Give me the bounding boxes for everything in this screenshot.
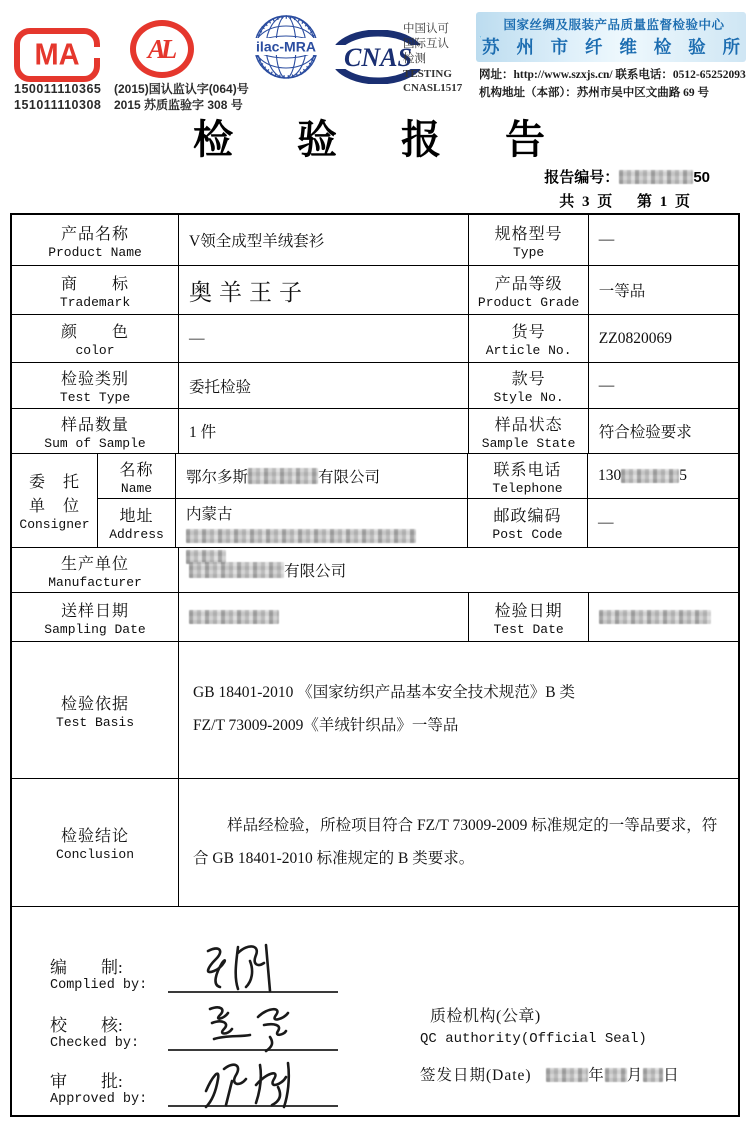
- qc-authority-en: QC authority(Official Seal): [420, 1029, 647, 1050]
- label-sample-state: 样品状态 Sample State: [469, 409, 588, 453]
- label-zh: 规格型号: [495, 221, 563, 244]
- label-en: Conclusion: [56, 847, 134, 862]
- label-zh: 委 托: [29, 469, 80, 492]
- label-color: 颜 色 color: [12, 315, 179, 362]
- unit-day: 日: [663, 1067, 680, 1084]
- label-test-date: 检验日期 Test Date: [469, 593, 588, 641]
- qc-authority-block: 质检机构(公章) QC authority(Official Seal): [420, 1005, 647, 1050]
- value-telephone: 1305: [588, 454, 738, 498]
- label-en: Name: [121, 481, 152, 496]
- report-table: 产品名称 Product Name V领全成型羊绒套衫 规格型号 Type — …: [10, 213, 740, 1117]
- value-sample-qty: 1 件: [179, 409, 469, 453]
- consigner-name-suffix: 有限公司: [318, 465, 380, 487]
- unit-year: 年: [588, 1067, 605, 1084]
- label-zh: 货号: [512, 319, 546, 342]
- report-number-label: 报告编号：: [544, 169, 619, 186]
- label-consigner: 委 托 单 位 Consigner: [12, 454, 98, 547]
- consigner-subrows: 名称 Name 鄂尔多斯有限公司 联系电话 Telephone 1305 地址 …: [98, 454, 738, 547]
- label-sample-qty: 样品数量 Sum of Sample: [12, 409, 179, 453]
- label-zh: 编 制:: [50, 953, 168, 978]
- manufacturer-suffix: 有限公司: [284, 559, 346, 581]
- label-en: Post Code: [492, 527, 562, 542]
- label-zh: 检验结论: [61, 823, 129, 846]
- table-row-consigner: 委 托 单 位 Consigner 名称 Name 鄂尔多斯有限公司 联系电话 …: [12, 454, 738, 548]
- label-zh: 样品状态: [495, 412, 563, 435]
- label-consigner-address: 地址 Address: [98, 499, 176, 547]
- issue-date-line: 签发日期(Date) 年月日: [420, 1063, 680, 1085]
- table-row-product-name: 产品名称 Product Name V领全成型羊绒套衫 规格型号 Type —: [12, 215, 738, 266]
- table-row-test-type: 检验类别 Test Type 委托检验 款号 Style No. —: [12, 363, 738, 409]
- value-post-code: —: [588, 499, 738, 547]
- label-zh: 送样日期: [61, 598, 129, 621]
- label-en: Sampling Date: [44, 622, 145, 637]
- telephone-redacted: [621, 469, 679, 483]
- value-test-date: [589, 593, 738, 641]
- cma-logo-icon: MA: [14, 28, 100, 82]
- issue-month-redacted: [605, 1068, 627, 1082]
- value-sampling-date: [179, 593, 469, 641]
- table-row-color: 颜 色 color — 货号 Article No. ZZ0820069: [12, 315, 738, 363]
- value-consigner-address: 内蒙古: [176, 499, 468, 547]
- checked-by-signature: [174, 995, 324, 1053]
- approved-by-signature: [174, 1051, 324, 1109]
- label-en: Telephone: [492, 481, 562, 496]
- label-zh: 产品名称: [61, 221, 129, 244]
- label-product-grade: 产品等级 Product Grade: [469, 266, 588, 314]
- value-type: —: [589, 215, 738, 265]
- contact-info: 网址：http://www.szxjs.cn/ 联系电话：0512-652520…: [479, 66, 746, 103]
- checked-by-row: 校 核: Checked by:: [50, 991, 338, 1051]
- cal-logo-text: AL: [148, 34, 177, 65]
- label-manufacturer: 生产单位 Manufacturer: [12, 548, 179, 592]
- label-en: Trademark: [60, 295, 130, 310]
- value-product-name: V领全成型羊绒套衫: [179, 215, 469, 265]
- approved-by-label: 审 批: Approved by:: [50, 1067, 168, 1107]
- label-zh: 样品数量: [61, 412, 129, 435]
- telephone-suffix: 5: [679, 467, 687, 485]
- contact-address: 机构地址（本部）：苏州市吴中区文曲路 69 号: [479, 84, 746, 102]
- complied-by-label: 编 制: Complied by:: [50, 953, 168, 993]
- telephone-prefix: 130: [598, 467, 621, 485]
- institute-banner: S Z S G T 国家丝绸及服装产品质量监督检验中心 苏 州 市 纤 维 检 …: [476, 12, 746, 62]
- label-type: 规格型号 Type: [469, 215, 588, 265]
- label-sampling-date: 送样日期 Sampling Date: [12, 593, 179, 641]
- value-trademark: 奥羊王子: [179, 266, 469, 314]
- label-en: Manufacturer: [48, 575, 142, 590]
- cnas-caption-line2: 国际互认: [403, 37, 462, 52]
- conclusion-text: 样品经检验，所检项目符合 FZ/T 73009-2009 标准规定的一等品要求，…: [193, 810, 724, 875]
- sampling-date-redacted: [189, 610, 279, 624]
- cal-logo-icon: AL: [130, 20, 194, 78]
- value-style-no: —: [589, 363, 738, 408]
- checked-by-signature-line: [168, 991, 338, 1051]
- label-en: Type: [513, 245, 544, 260]
- label-en: Test Date: [494, 622, 564, 637]
- label-consigner-name: 名称 Name: [98, 454, 176, 498]
- test-date-redacted: [599, 610, 711, 624]
- value-product-grade: 一等品: [589, 266, 738, 314]
- checked-by-label: 校 核: Checked by:: [50, 1011, 168, 1051]
- label-zh: 检验类别: [61, 366, 129, 389]
- institute-name-line1: 国家丝绸及服装产品质量监督检验中心: [482, 15, 746, 33]
- label-en: Product Grade: [478, 295, 579, 310]
- cnas-caption-line4: TESTING: [403, 67, 462, 81]
- approved-by-row: 审 批: Approved by:: [50, 1047, 338, 1107]
- consigner-name-row: 名称 Name 鄂尔多斯有限公司 联系电话 Telephone 1305: [98, 454, 738, 499]
- label-en: Test Basis: [56, 715, 134, 730]
- issue-year-redacted: [546, 1068, 588, 1082]
- label-en: Test Type: [60, 390, 130, 405]
- value-article-no: ZZ0820069: [589, 315, 738, 362]
- report-number: 报告编号：50: [544, 166, 710, 187]
- label-en: Article No.: [486, 343, 572, 358]
- institute-name: 国家丝绸及服装产品质量监督检验中心 苏 州 市 纤 维 检 验 所: [482, 15, 746, 59]
- value-test-type: 委托检验: [179, 363, 469, 408]
- label-zh: 检验日期: [495, 598, 563, 621]
- label-zh: 检验依据: [61, 691, 129, 714]
- label-en: Product Name: [48, 245, 142, 260]
- test-basis-line1: GB 18401-2010 《国家纺织产品基本安全技术规范》B 类: [193, 677, 724, 710]
- cnas-logo-text: CNAS: [344, 43, 412, 72]
- institute-name-line2: 苏 州 市 纤 维 检 验 所: [482, 34, 746, 59]
- label-style-no: 款号 Style No.: [469, 363, 588, 408]
- cnas-caption-line5: CNASL1517: [403, 81, 462, 95]
- value-test-basis: GB 18401-2010 《国家纺织产品基本安全技术规范》B 类 FZ/T 7…: [179, 642, 738, 778]
- table-row-sample-qty: 样品数量 Sum of Sample 1 件 样品状态 Sample State…: [12, 409, 738, 454]
- approved-by-signature-line: [168, 1047, 338, 1107]
- issue-day-redacted: [643, 1068, 663, 1082]
- label-post-code: 邮政编码 Post Code: [468, 499, 588, 547]
- label-en: Consigner: [19, 517, 89, 532]
- signature-area: 编 制: Complied by: 校 核: Checked by:: [12, 907, 738, 1115]
- label-zh: 商 标: [61, 271, 129, 294]
- report-number-suffix: 50: [693, 169, 710, 186]
- label-zh: 校 核:: [50, 1011, 168, 1036]
- table-row-test-basis: 检验依据 Test Basis GB 18401-2010 《国家纺织产品基本安…: [12, 642, 738, 779]
- cnas-caption-line3: 检测: [403, 52, 462, 67]
- label-zh: 产品等级: [495, 271, 563, 294]
- label-trademark: 商 标 Trademark: [12, 266, 179, 314]
- cma-notch: [94, 47, 100, 58]
- consigner-name-prefix: 鄂尔多斯: [186, 465, 248, 487]
- label-zh: 颜 色: [61, 319, 129, 342]
- pagination: 共 3 页 第 1 页: [559, 190, 692, 211]
- label-en: Sum of Sample: [44, 436, 145, 451]
- label-en: color: [76, 343, 115, 358]
- label-en: Approved by:: [50, 1092, 168, 1107]
- cma-logo-text: MA: [34, 38, 79, 73]
- label-zh: 生产单位: [61, 551, 129, 574]
- report-number-redacted: [619, 170, 693, 184]
- label-telephone: 联系电话 Telephone: [468, 454, 588, 498]
- label-test-type: 检验类别 Test Type: [12, 363, 179, 408]
- label-en: Sample State: [482, 436, 576, 451]
- label-article-no: 货号 Article No.: [469, 315, 588, 362]
- label-zh: 联系电话: [493, 457, 561, 480]
- manufacturer-redacted: [189, 562, 284, 578]
- test-basis-line2: FZ/T 73009-2009《羊绒针织品》一等品: [193, 710, 724, 743]
- label-product-name: 产品名称 Product Name: [12, 215, 179, 265]
- consigner-name-redacted: [248, 468, 318, 484]
- consigner-address-row: 地址 Address 内蒙古 邮政编码 Post Code —: [98, 499, 738, 547]
- value-manufacturer: 有限公司: [179, 548, 738, 592]
- label-en: Style No.: [494, 390, 564, 405]
- label-zh: 审 批:: [50, 1067, 168, 1092]
- value-conclusion: 样品经检验，所检项目符合 FZ/T 73009-2009 标准规定的一等品要求，…: [179, 779, 738, 906]
- label-zh: 单 位: [29, 493, 80, 516]
- value-color: —: [179, 315, 469, 362]
- label-zh: 款号: [512, 366, 546, 389]
- value-sample-state: 符合检验要求: [589, 409, 738, 453]
- value-consigner-name: 鄂尔多斯有限公司: [176, 454, 468, 498]
- complied-by-row: 编 制: Complied by:: [50, 933, 338, 993]
- unit-month: 月: [627, 1067, 644, 1084]
- table-row-conclusion: 检验结论 Conclusion 样品经检验，所检项目符合 FZ/T 73009-…: [12, 779, 738, 907]
- complied-by-signature-line: [168, 933, 338, 993]
- cal-caption-line1: (2015)国认监认字(064)号: [114, 82, 249, 98]
- label-zh: 名称: [119, 457, 153, 480]
- label-zh: 邮政编码: [493, 503, 561, 526]
- ilac-mra-icon: ilac-MRA: [252, 13, 320, 81]
- issue-date-label: 签发日期(Date): [420, 1067, 532, 1084]
- cma-number-1: 150011110365: [14, 82, 101, 98]
- table-row-manufacturer: 生产单位 Manufacturer 有限公司: [12, 548, 738, 593]
- cnas-caption: 中国认可 国际互认 检测 TESTING CNASL1517: [403, 22, 462, 95]
- label-zh: 地址: [119, 503, 153, 526]
- contact-website-phone: 网址：http://www.szxjs.cn/ 联系电话：0512-652520…: [479, 66, 746, 84]
- table-row-trademark: 商 标 Trademark 奥羊王子 产品等级 Product Grade 一等…: [12, 266, 738, 315]
- table-row-signatures: 编 制: Complied by: 校 核: Checked by:: [12, 907, 738, 1115]
- complied-by-signature: [174, 937, 324, 995]
- table-row-dates: 送样日期 Sampling Date 检验日期 Test Date: [12, 593, 738, 642]
- address-redacted-line1: [186, 529, 416, 543]
- label-conclusion: 检验结论 Conclusion: [12, 779, 179, 906]
- label-test-basis: 检验依据 Test Basis: [12, 642, 179, 778]
- cnas-caption-line1: 中国认可: [403, 22, 462, 37]
- address-prefix: 内蒙古: [186, 506, 233, 523]
- label-en: Address: [109, 527, 164, 542]
- ilac-mra-text: ilac-MRA: [256, 39, 316, 55]
- document-title: 检 验 报 告: [0, 108, 750, 165]
- qc-authority-zh: 质检机构(公章): [420, 1005, 647, 1029]
